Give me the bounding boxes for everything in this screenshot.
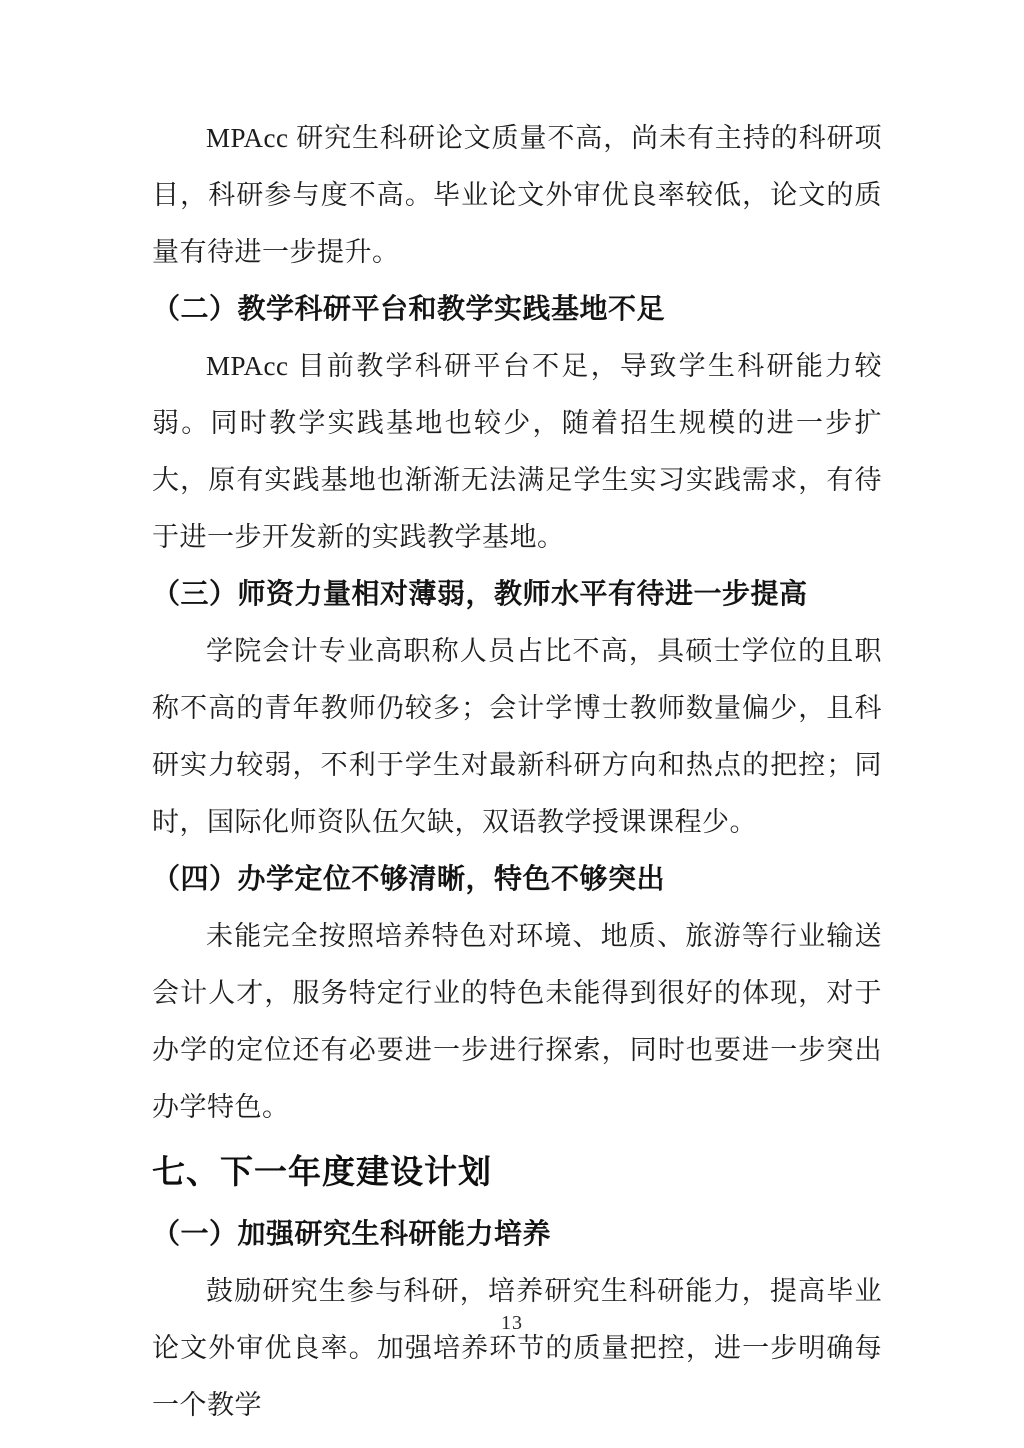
section-heading-4-positioning: （四）办学定位不够清晰，特色不够突出 bbox=[152, 851, 882, 908]
section-heading-1-research-training: （一）加强研究生科研能力培养 bbox=[152, 1206, 882, 1263]
paragraph-platform-shortage: MPAcc 目前教学科研平台不足，导致学生科研能力较弱。同时教学实践基地也较少，… bbox=[152, 338, 882, 566]
section-heading-3-faculty: （三）师资力量相对薄弱，教师水平有待进一步提高 bbox=[152, 566, 882, 623]
paragraph-mpacc-thesis-quality: MPAcc 研究生科研论文质量不高，尚未有主持的科研项目，科研参与度不高。毕业论… bbox=[152, 110, 882, 281]
document-page: MPAcc 研究生科研论文质量不高，尚未有主持的科研项目，科研参与度不高。毕业论… bbox=[0, 0, 1024, 1448]
document-content: MPAcc 研究生科研论文质量不高，尚未有主持的科研项目，科研参与度不高。毕业论… bbox=[152, 110, 882, 1434]
paragraph-research-training-plan: 鼓励研究生参与科研，培养研究生科研能力，提高毕业论文外审优良率。加强培养环节的质… bbox=[152, 1263, 882, 1434]
chapter-heading-next-year-plan: 七、下一年度建设计划 bbox=[152, 1141, 882, 1203]
paragraph-faculty-weakness: 学院会计专业高职称人员占比不高，具硕士学位的且职称不高的青年教师仍较多；会计学博… bbox=[152, 623, 882, 851]
page-number: 13 bbox=[501, 1312, 523, 1334]
paragraph-positioning-issues: 未能完全按照培养特色对环境、地质、旅游等行业输送会计人才，服务特定行业的特色未能… bbox=[152, 908, 882, 1136]
section-heading-2-platforms: （二）教学科研平台和教学实践基地不足 bbox=[152, 281, 882, 338]
page-footer: 13 bbox=[0, 1312, 1024, 1335]
